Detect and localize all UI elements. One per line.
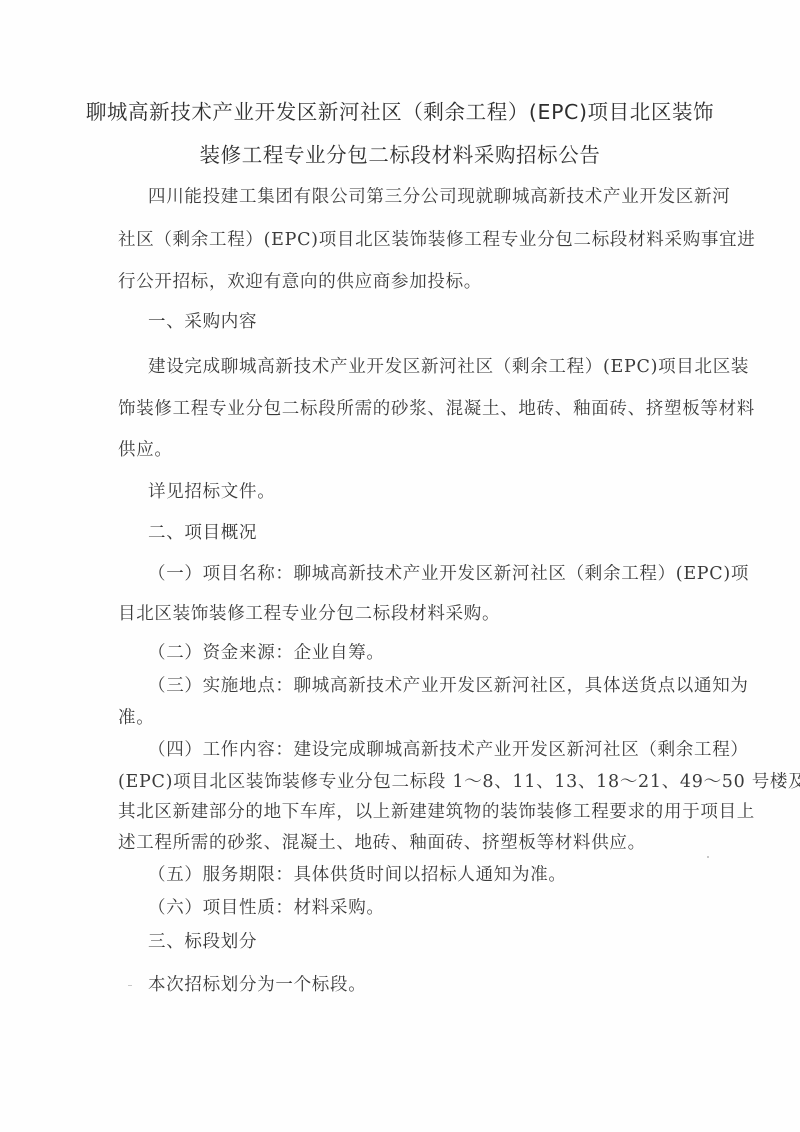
service-period: （五）服务期限：具体供货时间以招标人通知为准。 [148,863,684,887]
funding-source: （二）资金来源：企业自筹。 [148,641,684,665]
project-name-line-1: （一）项目名称：聊城高新技术产业开发区新河社区（剩余工程）(EPC)项 [148,562,684,586]
scan-artifact-dot [707,856,709,858]
procurement-content-line-3: 供应。 [118,438,684,462]
work-content-line-3: 其北区新建部分的地下车库，以上新建建筑物的装饰装修工程要求的用于项目上 [118,800,684,824]
document-title-line-1: 聊城高新技术产业开发区新河社区（剩余工程）(EPC)项目北区装饰 [0,99,800,125]
scan-artifact-mark [128,985,132,986]
intro-paragraph-line-3: 行公开招标，欢迎有意向的供应商参加投标。 [118,270,684,294]
work-content-line-4: 述工程所需的砂浆、混凝土、地砖、釉面砖、挤塑板等材料供应。 [118,831,684,855]
project-name-line-2: 目北区装饰装修工程专业分包二标段材料采购。 [118,602,684,626]
work-content-line-2: (EPC)项目北区装饰装修专业分包二标段 1～8、11、13、18～21、49～… [118,770,684,794]
document-title-line-2: 装修工程专业分包二标段材料采购招标公告 [0,142,800,168]
lot-division-text: 本次招标划分为一个标段。 [148,973,684,997]
intro-paragraph-line-2: 社区（剩余工程）(EPC)项目北区装饰装修工程专业分包二标段材料采购事宜进 [118,228,684,252]
procurement-content-line-1: 建设完成聊城高新技术产业开发区新河社区（剩余工程）(EPC)项目北区装 [148,355,684,379]
section-heading-procurement-content: 一、采购内容 [148,310,684,334]
project-nature: （六）项目性质：材料采购。 [148,896,684,920]
section-heading-project-overview: 二、项目概况 [148,521,684,545]
work-content-line-1: （四）工作内容：建设完成聊城高新技术产业开发区新河社区（剩余工程） [148,738,684,762]
implementation-location-line-2: 准。 [118,706,684,730]
document-page: 聊城高新技术产业开发区新河社区（剩余工程）(EPC)项目北区装饰 装修工程专业分… [0,0,800,1132]
procurement-content-see-docs: 详见招标文件。 [148,480,684,504]
intro-paragraph-line-1: 四川能投建工集团有限公司第三分公司现就聊城高新技术产业开发区新河 [148,185,684,209]
section-heading-lot-division: 三、标段划分 [148,930,684,954]
implementation-location-line-1: （三）实施地点：聊城高新技术产业开发区新河社区，具体送货点以通知为 [148,674,684,698]
procurement-content-line-2: 饰装修工程专业分包二标段所需的砂浆、混凝土、地砖、釉面砖、挤塑板等材料 [118,397,684,421]
